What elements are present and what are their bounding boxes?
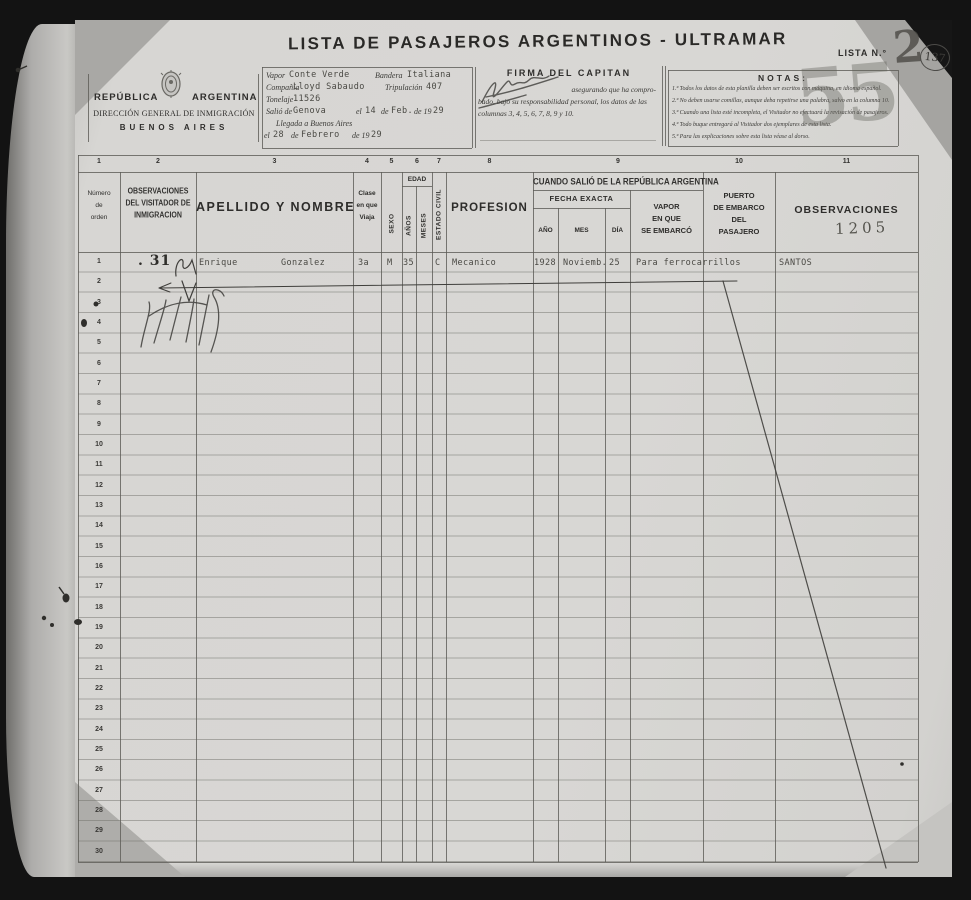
diagonal-pen-line — [723, 281, 886, 868]
signature-mark — [479, 76, 558, 108]
pen-check-mark — [182, 281, 196, 301]
pen-scribble — [141, 290, 224, 352]
pen-strike-line — [159, 281, 737, 292]
scanned-passenger-list-photo: LISTA DE PASAJEROS ARGENTINOS - ULTRAMAR… — [0, 0, 971, 900]
ink-specks — [16, 66, 904, 766]
pen-marks-overlay — [0, 0, 971, 900]
pen-initials-mark — [176, 260, 196, 276]
